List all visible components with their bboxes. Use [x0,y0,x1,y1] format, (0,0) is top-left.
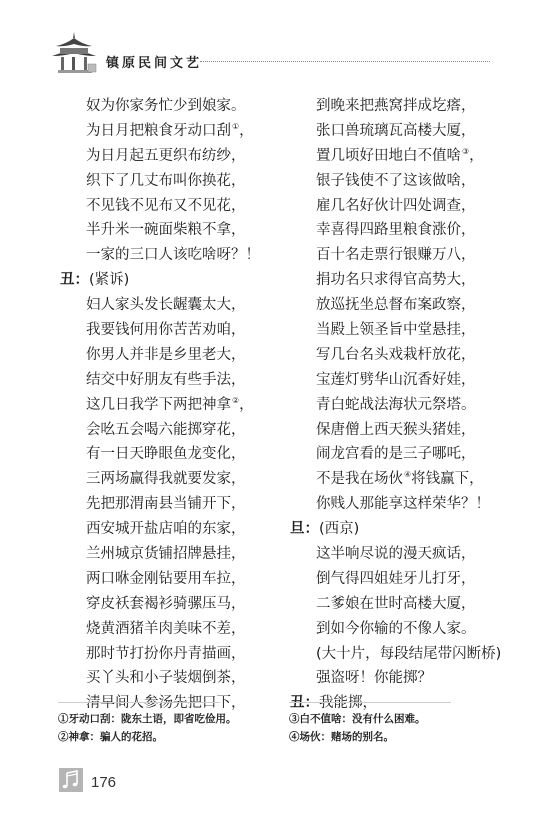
line-text: 有一日天睁眼鱼龙变化， [86,446,246,462]
pavilion-icon [50,30,98,74]
header-dotted-rule [200,61,490,62]
line-text: 三两场赢得我就要发家， [86,471,246,487]
line-text: 一家的三口人该吃啥呀？！ [86,247,260,263]
verse-line: 会吆五会喝六能掷穿花， [60,418,290,443]
line-text: 为日月起五更织布纺纱， [86,148,246,164]
line-text: 织下了几丈布叫你换花， [86,173,246,189]
line-text: 放巡抚坐总督布案政察， [316,297,476,313]
verse-line: 半升米一碗面柴粮不拿， [60,218,290,243]
verse-line: 倒气得四姐娃牙儿打牙， [290,567,520,592]
footnote-1: ①牙动口刮：陇东土语，即省吃俭用。 [58,710,237,728]
line-text: 百十名走票行银赚万八， [316,247,476,263]
line-text: (西京) [319,521,359,537]
line-text: 不见钱不见布又不见花， [86,198,246,214]
line-text: 半升米一碗面柴粮不拿， [86,222,246,238]
verse-line: 张口兽琉璃瓦高楼大厦， [290,119,520,144]
line-text: 穿皮袄套褐衫骑骡压马， [86,596,246,612]
verse-line: 有一日天睁眼鱼龙变化， [60,442,290,467]
verse-line: 兰州城京货铺招牌悬挂， [60,542,290,567]
line-text: 我能掷， [319,695,377,711]
verse-line: 不是我在场伙④将钱赢下， [290,467,520,492]
line-text-tail: ， [239,123,254,139]
music-note-icon [59,768,83,792]
footnote-3: ③白不值啥：没有什么困难。 [289,710,426,728]
verse-line: 三两场赢得我就要发家， [60,467,290,492]
verse-line: 这半响尽说的漫天疯话， [290,542,520,567]
verse-line: 百十名走票行银赚万八， [290,243,520,268]
verse-line: 写几台名头戏栽杆放花， [290,343,520,368]
page-header: 镇原民间文艺 [0,0,551,80]
line-text: 宝莲灯劈华山沉香好娃， [316,372,476,388]
line-text: 结交中好朋友有些手法， [86,372,246,388]
line-text: 置几顷好田地白不值啥 [316,148,461,164]
line-text: 你男人并非是乡里老大， [86,347,246,363]
line-text: 闹龙宫看的是三子哪吒， [316,446,476,462]
line-text: 会吆五会喝六能掷穿花， [86,422,246,438]
line-text: 先把那渭南县当铺开下， [86,496,246,512]
page-number: 176 [91,774,116,791]
speaker-label: 丑： [60,272,89,288]
verse-line: 保唐僧上西天猴头猪娃， [290,418,520,443]
verse-line: 强盗呀！你能掷？ [290,666,520,691]
line-text: 保唐僧上西天猴头猪娃， [316,422,476,438]
verse-line: 那时节打扮你丹青描画， [60,642,290,667]
verse-line: 到如今你输的不像人家。 [290,617,520,642]
line-text: 当殿上领圣旨中堂悬挂， [316,322,476,338]
verse-line: 两口咻金刚钻要用车拉， [60,567,290,592]
verse-line: 青白蛇战法海状元祭塔。 [290,393,520,418]
verse-line: 你贱人那能享这样荣华？！ [290,492,520,517]
line-text: 到晚来把燕窝拌成圪瘩， [316,98,476,114]
line-text: 买丫头和小子装烟倒茶， [86,670,246,686]
verse-line: 这几日我学下两把神拿②， [60,393,290,418]
speaker-label: 旦： [290,521,319,537]
verse-line: 为日月把粮食牙动口刮①， [60,119,290,144]
line-text: 捐功名只求得官高势大， [316,272,476,288]
line-text: 二爹娘在世时高楼大厦， [316,596,476,612]
verse-line: 宝莲灯劈华山沉香好娃， [290,368,520,393]
verse-line: 不见钱不见布又不见花， [60,194,290,219]
footnote-4: ④场伙：赌场的别名。 [289,728,426,746]
line-text: 烧黄酒猪羊肉美味不差， [86,621,246,637]
line-text: 写几台名头戏栽杆放花， [316,347,476,363]
line-text: 为日月把粮食牙动口刮 [86,123,231,139]
footnote-divider-left [58,702,220,703]
verse-line: 雇几名好伙计四处调查， [290,194,520,219]
line-text: (紧诉) [89,272,129,288]
line-text: 妇人家头发长龌囊太大， [86,297,246,313]
speaker-line: 旦：(西京) [290,517,520,542]
line-text: 兰州城京货铺招牌悬挂， [86,546,246,562]
verse-line: 当殿上领圣旨中堂悬挂， [290,318,520,343]
speaker-line: 丑：(紧诉) [60,268,290,293]
line-text: 你贱人那能享这样荣华？！ [316,496,490,512]
line-text: 西安城开盐店咱的东家， [86,521,246,537]
line-text: (大十片，每段结尾带闪断桥) [316,646,501,662]
verse-line: 二爹娘在世时高楼大厦， [290,592,520,617]
line-text: 奴为你家务忙少到娘家。 [86,98,246,114]
verse-line: 先把那渭南县当铺开下， [60,492,290,517]
verse-line: 结交中好朋友有些手法， [60,368,290,393]
line-text: 张口兽琉璃瓦高楼大厦， [316,123,476,139]
footnotes-left: ①牙动口刮：陇东土语，即省吃俭用。 ②神拿：骗人的花招。 [58,710,237,746]
verse-line: 到晚来把燕窝拌成圪瘩， [290,94,520,119]
verse-line: 置几顷好田地白不值啥③， [290,144,520,169]
verse-line: 闹龙宫看的是三子哪吒， [290,442,520,467]
verse-line: 银子钱使不了这该做啥， [290,169,520,194]
right-column: 到晚来把燕窝拌成圪瘩，张口兽琉璃瓦高楼大厦，置几顷好田地白不值啥③，银子钱使不了… [290,94,520,716]
line-text: 不是我在场伙 [316,471,403,487]
verse-line: 买丫头和小子装烟倒茶， [60,666,290,691]
verse-line: 穿皮袄套褐衫骑骡压马， [60,592,290,617]
speaker-label: 丑： [290,695,319,711]
line-text: 雇几名好伙计四处调查， [316,198,476,214]
verse-line: 烧黄酒猪羊肉美味不差， [60,617,290,642]
line-text: 幸喜得四路里粮食涨价， [316,222,476,238]
verse-line: 为日月起五更织布纺纱， [60,144,290,169]
line-text: 清早间人参汤先把口下， [86,695,246,711]
verse-line: 我要钱何用你苦苦劝咱， [60,318,290,343]
book-title: 镇原民间文艺 [106,52,202,71]
footnote-divider-right [289,702,451,703]
footnote-2: ②神拿：骗人的花招。 [58,728,237,746]
line-text: 青白蛇战法海状元祭塔。 [316,397,476,413]
verse-line: 捐功名只求得官高势大， [290,268,520,293]
line-text: 到如今你输的不像人家。 [316,621,476,637]
verse-line: 织下了几丈布叫你换花， [60,169,290,194]
line-text: 这几日我学下两把神拿 [86,397,231,413]
verse-line: 你男人并非是乡里老大， [60,343,290,368]
left-column: 奴为你家务忙少到娘家。为日月把粮食牙动口刮①，为日月起五更织布纺纱，织下了几丈布… [60,94,290,716]
line-text-tail: ， [239,397,254,413]
line-text: 这半响尽说的漫天疯话， [316,546,476,562]
verse-line: 奴为你家务忙少到娘家。 [60,94,290,119]
line-text: 两口咻金刚钻要用车拉， [86,571,246,587]
verse-line: 幸喜得四路里粮食涨价， [290,218,520,243]
line-text: 倒气得四姐娃牙儿打牙， [316,571,476,587]
line-text: 那时节打扮你丹青描画， [86,646,246,662]
verse-line: 一家的三口人该吃啥呀？！ [60,243,290,268]
verse-line: 妇人家头发长龌囊太大， [60,293,290,318]
line-text-tail: 将钱赢下， [411,471,484,487]
verse-line: 放巡抚坐总督布案政察， [290,293,520,318]
verse-line: 西安城开盐店咱的东家， [60,517,290,542]
footnotes-right: ③白不值啥：没有什么困难。 ④场伙：赌场的别名。 [289,710,426,746]
verse-line: (大十片，每段结尾带闪断桥) [290,642,520,667]
line-text-tail: ， [469,148,484,164]
line-text: 我要钱何用你苦苦劝咱， [86,322,246,338]
line-text: 强盗呀！你能掷？ [316,670,432,686]
line-text: 银子钱使不了这该做啥， [316,173,476,189]
